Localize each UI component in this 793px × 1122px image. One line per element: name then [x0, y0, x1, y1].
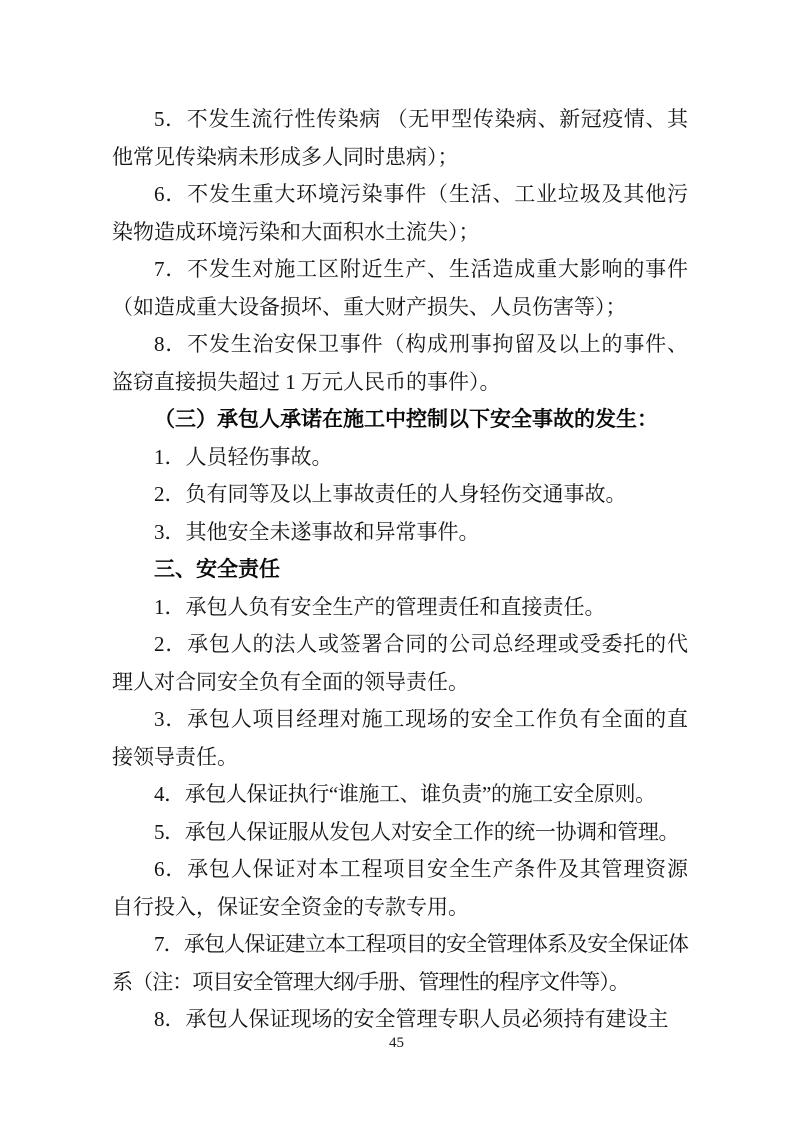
paragraph: 6．不发生重大环境污染事件（生活、工业垃圾及其他污染物造成环境污染和大面积水土流… [112, 176, 688, 251]
paragraph: 6．承包人保证对本工程项目安全生产条件及其管理资源自行投入，保证安全资金的专款专… [112, 851, 688, 926]
page-number: 45 [0, 1033, 793, 1053]
paragraph: 8．不发生治安保卫事件（构成刑事拘留及以上的事件、盗窃直接损失超过 1 万元人民… [112, 326, 688, 401]
paragraph: 1．人员轻伤事故。 [112, 439, 688, 477]
section-heading: 三、安全责任 [112, 551, 688, 589]
paragraph: 5．承包人保证服从发包人对安全工作的统一协调和管理。 [112, 814, 688, 852]
document-body: 5．不发生流行性传染病 （无甲型传染病、新冠疫情、其他常见传染病未形成多人同时患… [112, 101, 688, 1039]
document-page: { "page": { "paragraphs": [ { "style": "… [0, 0, 793, 1122]
paragraph: 2．承包人的法人或签署合同的公司总经理或受委托的代理人对合同安全负有全面的领导责… [112, 626, 688, 701]
paragraph: 1．承包人负有安全生产的管理责任和直接责任。 [112, 589, 688, 627]
section-heading: （三）承包人承诺在施工中控制以下安全事故的发生： [112, 401, 688, 439]
paragraph: 2．负有同等及以上事故责任的人身轻伤交通事故。 [112, 476, 688, 514]
paragraph: 4．承包人保证执行“谁施工、谁负责”的施工安全原则。 [112, 776, 688, 814]
paragraph: 5．不发生流行性传染病 （无甲型传染病、新冠疫情、其他常见传染病未形成多人同时患… [112, 101, 688, 176]
paragraph: 7．不发生对施工区附近生产、生活造成重大影响的事件（如造成重大设备损坏、重大财产… [112, 251, 688, 326]
paragraph: 3．其他安全未遂事故和异常事件。 [112, 514, 688, 552]
paragraph: 3．承包人项目经理对施工现场的安全工作负有全面的直接领导责任。 [112, 701, 688, 776]
paragraph: 7．承包人保证建立本工程项目的安全管理体系及安全保证体系（注：项目安全管理大纲/… [112, 926, 688, 1001]
